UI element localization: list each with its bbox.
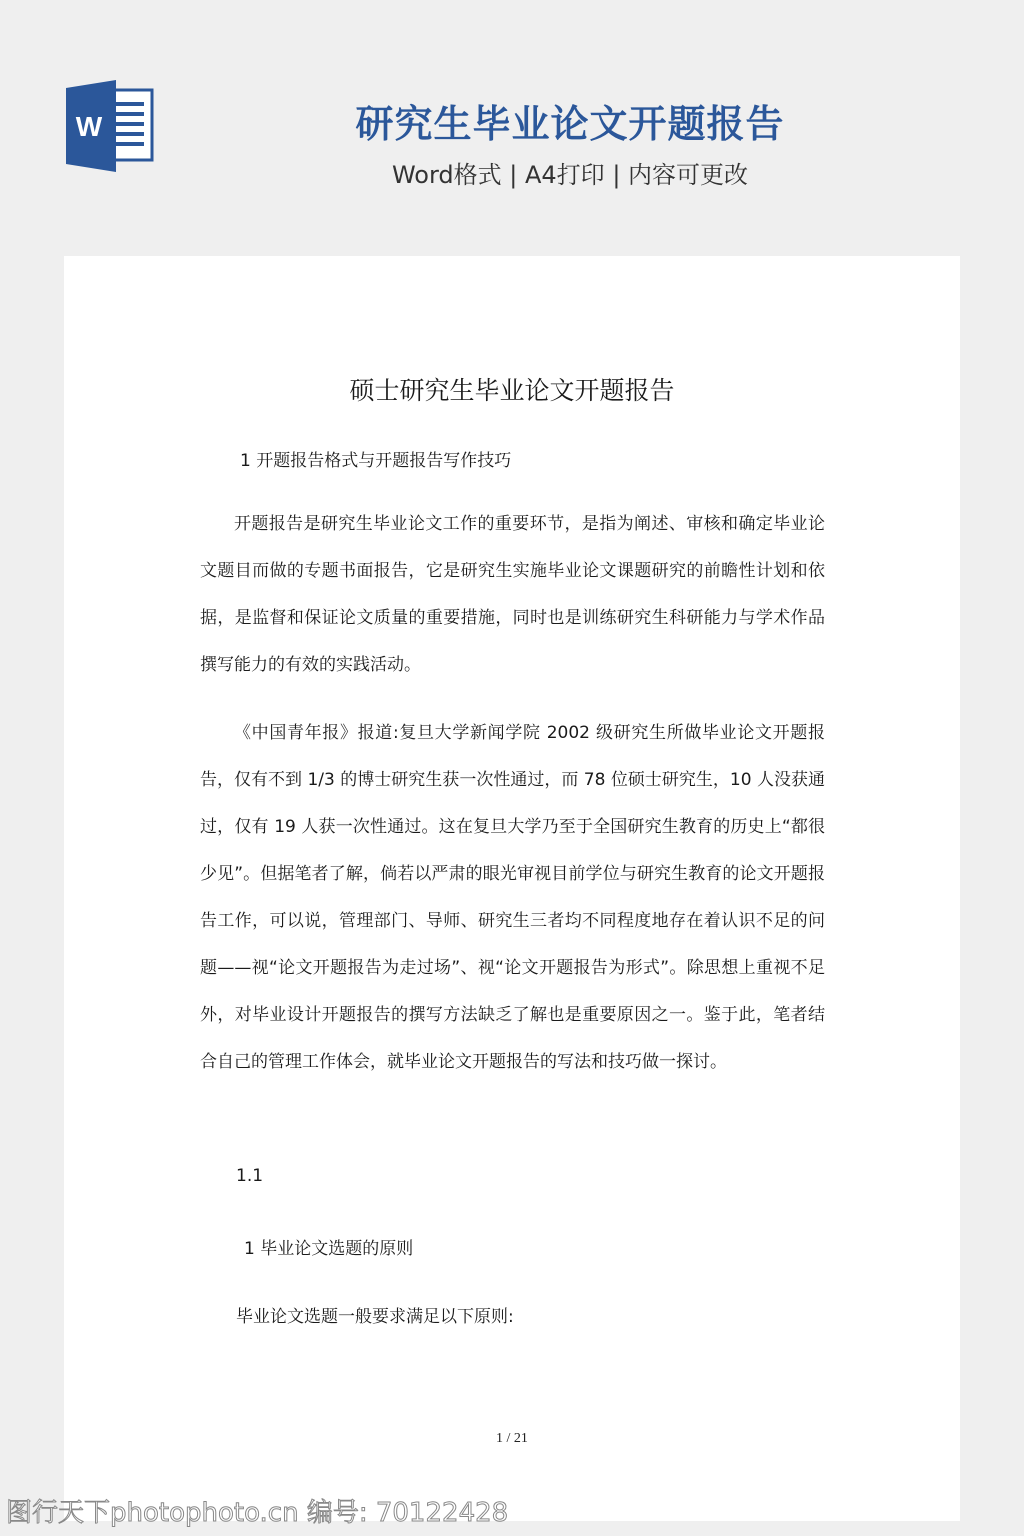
header-banner: W 研究生毕业论文开题报告 Word格式 | A4打印 | 内容可更改	[0, 0, 1024, 256]
paragraph-1: 开题报告是研究生毕业论文工作的重要环节，是指为阐述、审核和确定毕业论文题目而做的…	[200, 501, 825, 689]
document-page: 硕士研究生毕业论文开题报告 1 开题报告格式与开题报告写作技巧 开题报告是研究生…	[64, 256, 960, 1521]
paragraph-3: 毕业论文选题一般要求满足以下原则:	[236, 1302, 514, 1327]
watermark: 图行天下photophoto.cn 编号: 70122428	[6, 1492, 508, 1529]
section-heading-2: 1 毕业论文选题的原则	[244, 1234, 413, 1259]
document-title: 硕士研究生毕业论文开题报告	[64, 371, 960, 407]
svg-text:W: W	[76, 111, 103, 142]
section-number: 1.1	[236, 1166, 263, 1186]
header-title: 研究生毕业论文开题报告	[300, 93, 840, 148]
paragraph-2: 《中国青年报》报道:复旦大学新闻学院 2002 级研究生所做毕业论文开题报告，仅…	[200, 710, 825, 1086]
word-document-icon: W	[64, 80, 156, 172]
page-number: 1 / 21	[64, 1431, 960, 1447]
header-subtitle: Word格式 | A4打印 | 内容可更改	[300, 155, 840, 190]
section-heading-1: 1 开题报告格式与开题报告写作技巧	[240, 446, 511, 471]
